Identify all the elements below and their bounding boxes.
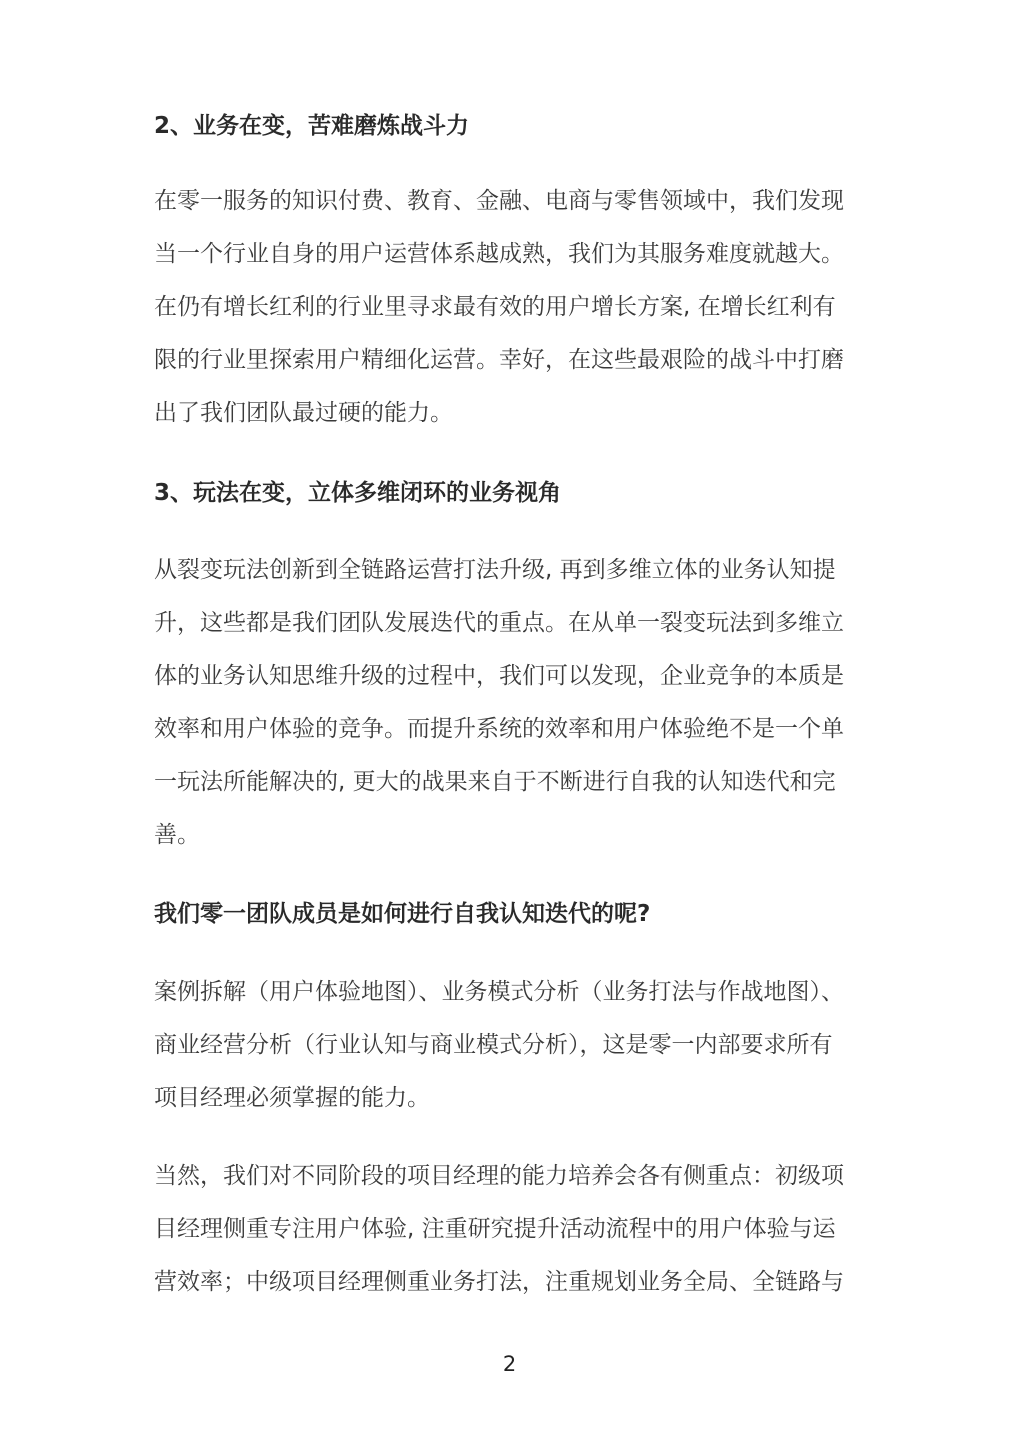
section-heading-question: 我们零一团队成员是如何进行自我认知迭代的呢?: [154, 899, 874, 929]
paragraph-line: 在零一服务的知识付费、教育、金融、电商与零售领域中，我们发现: [154, 186, 874, 216]
section-heading-3: 3、玩法在变，立体多维闭环的业务视角: [154, 478, 874, 508]
page-number: 2: [0, 1350, 1019, 1378]
section-heading-2: 2、业务在变，苦难磨炼战斗力: [154, 111, 874, 141]
paragraph-line: 善。: [154, 820, 874, 850]
paragraph-line: 商业经营分析（行业认知与商业模式分析），这是零一内部要求所有: [154, 1030, 874, 1060]
paragraph-line: 限的行业里探索用户精细化运营。幸好，在这些最艰险的战斗中打磨: [154, 345, 874, 375]
paragraph-line: 当一个行业自身的用户运营体系越成熟，我们为其服务难度就越大。: [154, 239, 874, 269]
paragraph-line: 目经理侧重专注用户体验, 注重研究提升活动流程中的用户体验与运: [154, 1214, 874, 1244]
paragraph-line: 从裂变玩法创新到全链路运营打法升级, 再到多维立体的业务认知提: [154, 555, 874, 585]
document-page: 2、业务在变，苦难磨炼战斗力 在零一服务的知识付费、教育、金融、电商与零售领域中…: [0, 0, 1019, 1440]
paragraph-line: 升，这些都是我们团队发展迭代的重点。在从单一裂变玩法到多维立: [154, 608, 874, 638]
paragraph-line: 案例拆解（用户体验地图）、业务模式分析（业务打法与作战地图）、: [154, 977, 874, 1007]
paragraph-line: 项目经理必须掌握的能力。: [154, 1083, 874, 1113]
paragraph-line: 体的业务认知思维升级的过程中，我们可以发现，企业竞争的本质是: [154, 661, 874, 691]
paragraph-line: 在仍有增长红利的行业里寻求最有效的用户增长方案, 在增长红利有: [154, 292, 874, 322]
paragraph-line: 营效率；中级项目经理侧重业务打法，注重规划业务全局、全链路与: [154, 1267, 874, 1297]
paragraph-line: 出了我们团队最过硬的能力。: [154, 398, 874, 428]
paragraph-line: 一玩法所能解决的, 更大的战果来自于不断进行自我的认知迭代和完: [154, 767, 874, 797]
paragraph-line: 当然，我们对不同阶段的项目经理的能力培养会各有侧重点：初级项: [154, 1161, 874, 1191]
paragraph-line: 效率和用户体验的竞争。而提升系统的效率和用户体验绝不是一个单: [154, 714, 874, 744]
